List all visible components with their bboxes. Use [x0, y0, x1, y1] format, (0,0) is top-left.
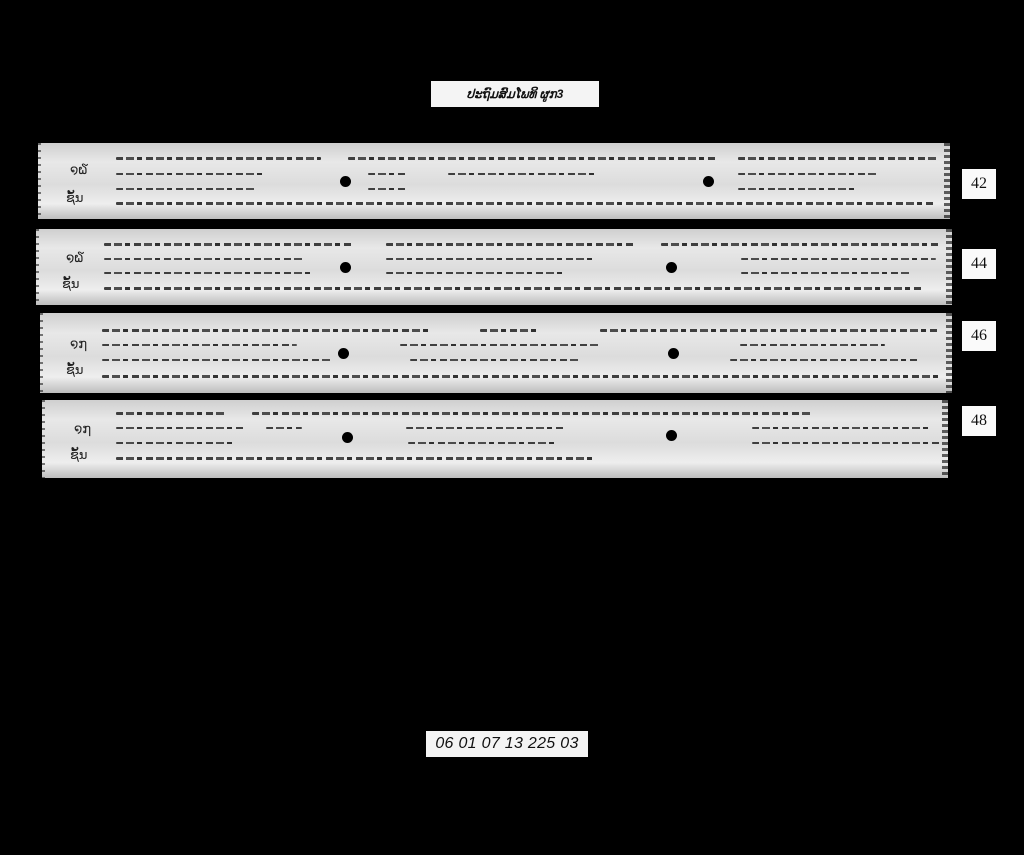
leaf-edge: [946, 313, 952, 393]
script-line: [386, 272, 566, 274]
script-line: [102, 329, 432, 332]
script-line: [102, 359, 332, 361]
script-line: [116, 173, 266, 175]
script-line: [116, 442, 236, 444]
binding-hole: [666, 262, 677, 273]
script-line: [386, 258, 596, 260]
palm-leaf-42: ໑໖ ຊັ້ນ: [38, 143, 950, 219]
script-line: [116, 157, 321, 160]
script-line: [116, 188, 256, 190]
script-line: [738, 188, 858, 190]
leaf-side-mark: ໑໗: [74, 422, 91, 437]
script-line: [738, 157, 938, 160]
catalog-number-label: 06 01 07 13 225 03: [426, 731, 588, 757]
leaf-edge: [36, 229, 39, 305]
script-line: [252, 412, 812, 415]
script-line: [116, 412, 226, 415]
binding-hole: [666, 430, 677, 441]
leaf-side-mark: ໑໗: [70, 337, 87, 352]
leaf-side-mark: ຊັ້ນ: [66, 363, 83, 378]
palm-leaf-48: ໑໗ ຊັ້ນ: [42, 400, 948, 478]
leaf-edge: [946, 229, 952, 305]
script-line: [410, 359, 580, 361]
leaf-edge: [942, 400, 948, 478]
binding-hole: [340, 176, 351, 187]
script-line: [386, 243, 636, 246]
script-line: [368, 173, 408, 175]
script-line: [740, 344, 885, 346]
binding-hole: [342, 432, 353, 443]
script-line: [368, 188, 408, 190]
script-line: [752, 442, 942, 444]
page-number-label: 44: [962, 249, 996, 279]
leaf-side-mark: ຊັ້ນ: [62, 277, 79, 292]
script-line: [738, 173, 878, 175]
script-line: [266, 427, 302, 429]
script-line: [661, 243, 941, 246]
script-line: [741, 258, 936, 260]
leaf-side-mark: ໑໖: [70, 163, 87, 178]
script-line: [104, 287, 924, 290]
script-line: [102, 375, 942, 378]
binding-hole: [703, 176, 714, 187]
leaf-side-mark: ໑໖: [66, 251, 83, 266]
script-line: [116, 457, 596, 460]
binding-hole: [340, 262, 351, 273]
manuscript-title-label: ປະຖົມສົມໂພທິ ຜູກ3: [431, 81, 599, 107]
leaf-edge: [40, 313, 43, 393]
leaf-edge: [38, 143, 41, 219]
script-line: [116, 202, 936, 205]
script-line: [102, 344, 297, 346]
script-line: [752, 427, 932, 429]
palm-leaf-44: ໑໖ ຊັ້ນ: [36, 229, 952, 305]
page-number-label: 42: [962, 169, 996, 199]
script-line: [408, 442, 558, 444]
leaf-edge: [944, 143, 950, 219]
leaf-edge: [42, 400, 45, 478]
script-line: [348, 157, 718, 160]
binding-hole: [668, 348, 679, 359]
script-line: [104, 258, 304, 260]
script-line: [600, 329, 940, 332]
script-line: [741, 272, 911, 274]
page-number-label: 48: [962, 406, 996, 436]
leaf-side-mark: ຊັ້ນ: [66, 191, 83, 206]
leaf-side-mark: ຊັ້ນ: [70, 448, 87, 463]
script-line: [730, 359, 920, 361]
script-line: [104, 272, 314, 274]
script-line: [406, 427, 566, 429]
page-number-label: 46: [962, 321, 996, 351]
script-line: [480, 329, 540, 332]
binding-hole: [338, 348, 349, 359]
script-line: [400, 344, 600, 346]
script-line: [104, 243, 354, 246]
script-line: [116, 427, 246, 429]
palm-leaf-46: ໑໗ ຊັ້ນ: [40, 313, 952, 393]
script-line: [448, 173, 598, 175]
